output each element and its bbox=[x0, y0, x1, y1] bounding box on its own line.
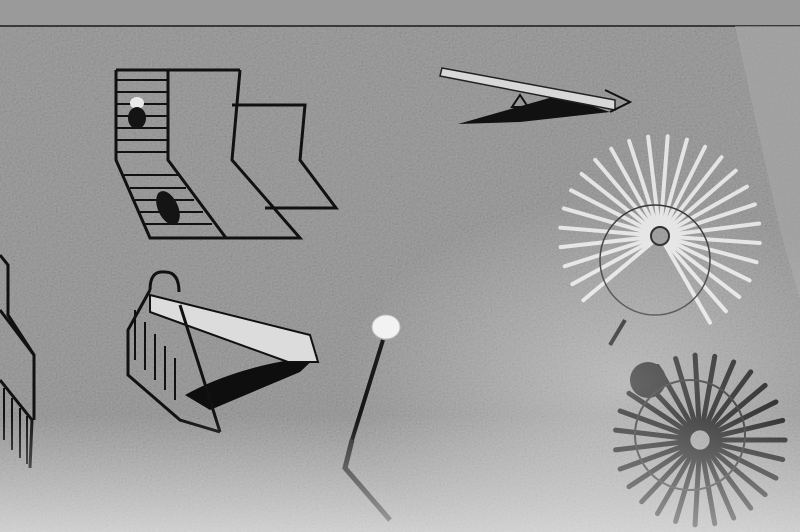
bottom-fade bbox=[0, 0, 800, 532]
playground-photo bbox=[0, 0, 800, 532]
